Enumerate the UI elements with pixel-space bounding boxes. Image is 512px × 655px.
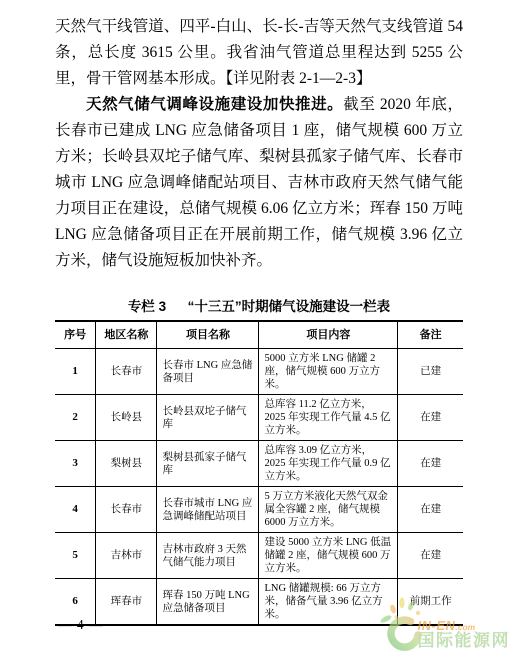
cell-content: 建设 5000 立方米 LNG 低温储罐 2 座，储气规模 600 万立方米。 [259, 533, 398, 579]
table-row: 2 长岭县 长岭县双坨子储气库 总库容 11.2 亿立方米，2025 年实现工作… [55, 395, 463, 441]
col-header-note: 备注 [398, 321, 463, 349]
table-row: 3 梨树县 梨树县孤家子储气库 总库容 3.09 亿立方米，2025 年实现工作… [55, 441, 463, 487]
table-title-label: 专栏 3 [128, 299, 166, 314]
cell-region: 梨树县 [96, 441, 157, 487]
paragraph-gas-storage-lead: 天然气储气调峰设施建设加快推进。 [86, 96, 343, 113]
cell-index: 5 [55, 533, 96, 579]
cell-note: 在建 [398, 441, 463, 487]
col-header-content: 项目内容 [259, 321, 398, 349]
table-title: 专栏 3“十三五”时期储气设施建设一栏表 [55, 295, 463, 315]
cell-note: 在建 [398, 533, 463, 579]
cell-region: 长春市 [96, 487, 157, 533]
cell-index: 2 [55, 395, 96, 441]
cell-content: 5 万立方米液化天然气双金属全容罐 2 座，储气规模 6000 万立方米。 [259, 487, 398, 533]
paragraph-gas-storage-body: 截至 2020 年底，长春市已建成 LNG 应急储备项目 1 座，储气规模 60… [55, 96, 463, 269]
cell-index: 4 [55, 487, 96, 533]
table-title-text: “十三五”时期储气设施建设一栏表 [188, 299, 391, 314]
cell-region: 吉林市 [96, 533, 157, 579]
cell-region: 长春市 [96, 349, 157, 395]
cell-project: 长岭县双坨子储气库 [157, 395, 259, 441]
cell-content: 5000 立方米 LNG 储罐 2 座，储气规模 600 万立方米。 [259, 349, 398, 395]
cell-content: LNG 储罐规模: 66 万立方米，储备气量 3.96 亿立方米。 [259, 579, 398, 626]
cell-region: 长岭县 [96, 395, 157, 441]
table-row: 5 吉林市 吉林市政府 3 天然气储气能力项目 建设 5000 立方米 LNG … [55, 533, 463, 579]
col-header-region: 地区名称 [96, 321, 157, 349]
paragraph-pipeline: 天然气干线管道、四平-白山、长-长-吉等天然气支线管道 54 条，总长度 361… [55, 14, 463, 92]
col-header-project: 项目名称 [157, 321, 259, 349]
cell-note: 在建 [398, 395, 463, 441]
cell-index: 3 [55, 441, 96, 487]
cell-content: 总库容 11.2 亿立方米，2025 年实现工作气量 4.5 亿立方米。 [259, 395, 398, 441]
cell-project: 长春市城市 LNG 应急调峰储配站项目 [157, 487, 259, 533]
col-header-index: 序号 [55, 321, 96, 349]
table-row: 4 长春市 长春市城市 LNG 应急调峰储配站项目 5 万立方米液化天然气双金属… [55, 487, 463, 533]
cell-project: 长春市 LNG 应急储备项目 [157, 349, 259, 395]
cell-project: 吉林市政府 3 天然气储气能力项目 [157, 533, 259, 579]
document-page: 天然气干线管道、四平-白山、长-长-吉等天然气支线管道 54 条，总长度 361… [0, 0, 512, 655]
table-header-row: 序号 地区名称 项目名称 项目内容 备注 [55, 321, 463, 349]
page-content: 天然气干线管道、四平-白山、长-长-吉等天然气支线管道 54 条，总长度 361… [55, 14, 463, 626]
cell-content: 总库容 3.09 亿立方米，2025 年实现工作气量 0.9 亿立方米。 [259, 441, 398, 487]
cell-region: 珲春市 [96, 579, 157, 626]
inen-logo-text: IN-EN.com 国际能源网 [418, 619, 511, 650]
cell-project: 珲春 150 万吨 LNG 应急储备项目 [157, 579, 259, 626]
cell-index: 1 [55, 349, 96, 395]
cell-note: 在建 [398, 487, 463, 533]
cell-project: 梨树县孤家子储气库 [157, 441, 259, 487]
cell-note: 已建 [398, 349, 463, 395]
inen-logo: IN-EN.com 国际能源网 [379, 597, 511, 654]
storage-projects-table: 序号 地区名称 项目名称 项目内容 备注 1 长春市 长春市 LNG 应急储备项… [55, 320, 463, 626]
page-number: — 4 — [58, 617, 104, 633]
inen-logo-cn: 国际能源网 [418, 632, 511, 650]
paragraph-gas-storage: 天然气储气调峰设施建设加快推进。截至 2020 年底，长春市已建成 LNG 应急… [55, 92, 463, 274]
table-row: 1 长春市 长春市 LNG 应急储备项目 5000 立方米 LNG 储罐 2 座… [55, 349, 463, 395]
